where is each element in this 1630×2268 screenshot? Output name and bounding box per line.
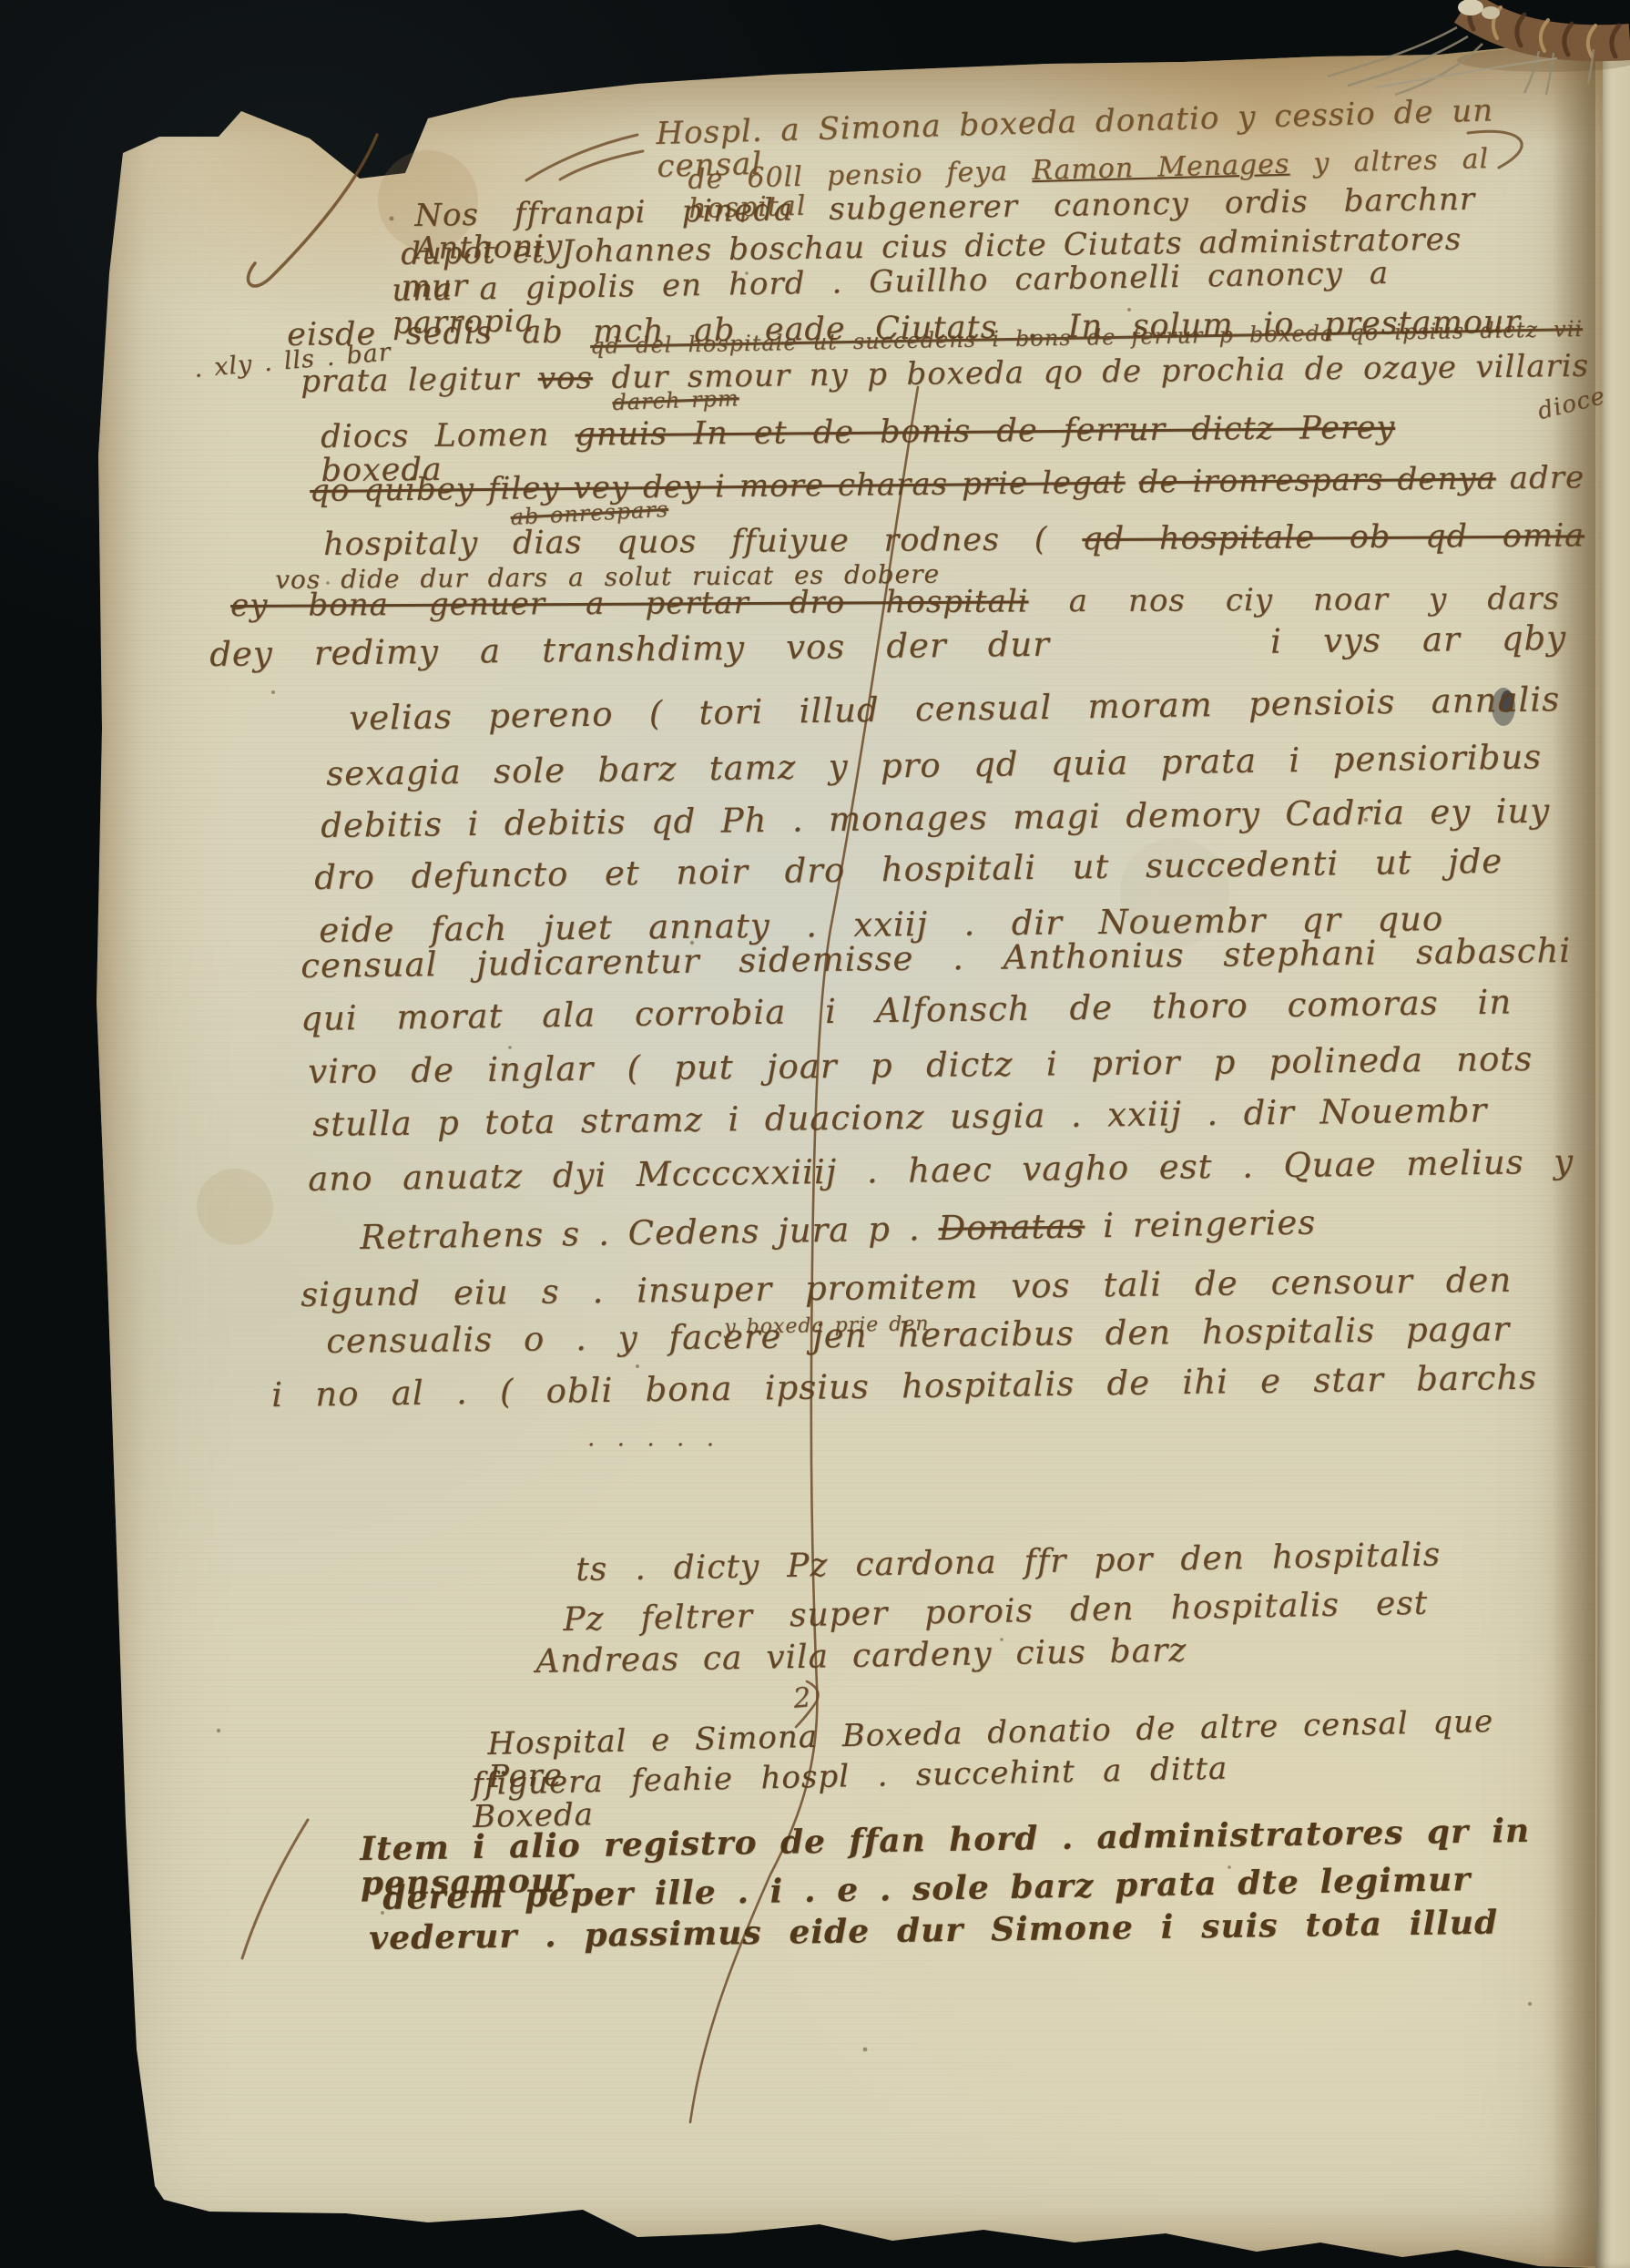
binding-rope-icon (1320, 0, 1630, 128)
manuscript-line: Pz feltrer super porois den hospitalis e… (563, 1587, 1429, 1638)
manuscript-line: debitis i debitis qd Ph . monages magi d… (321, 794, 1550, 844)
manuscript-line: dioce (1535, 384, 1608, 425)
rope-knot2 (1482, 6, 1500, 19)
manuscript-text: Hospl. a Simona boxeda donatio y cessio … (0, 0, 1630, 2268)
manuscript-line: dro defuncto et noir dro hospitali ut su… (314, 844, 1503, 896)
manuscript-line: darch rpm (612, 387, 739, 414)
manuscript-line: 2 (792, 1683, 813, 1713)
manuscript-line: Andreas ca vila cardeny cius barz (535, 1634, 1187, 1680)
manuscript-line: dey redimy a transhdimy vos der dur i vy… (209, 621, 1566, 673)
manuscript-line: sigund eiu s . insuper promitem vos tali… (301, 1263, 1512, 1313)
manuscript-line: velias pereno ( tori illud censual moram… (349, 682, 1560, 737)
manuscript-line: . . . . . (587, 1426, 715, 1451)
manuscript-line: ey bona genuer a pertar dro hospitali a … (230, 583, 1560, 622)
photo-background: Hospl. a Simona boxeda donatio y cessio … (0, 0, 1630, 2268)
manuscript-line: i no al . ( obli bona ipsius hospitalis … (271, 1361, 1537, 1414)
manuscript-line: Retrahens s . Cedens jura p . Donatas i … (360, 1206, 1316, 1256)
manuscript-line: ano anuatz dyi Mccccxxiiij . haec vagho … (308, 1145, 1574, 1198)
manuscript-line: viro de inglar ( put joar p dictz i prio… (308, 1042, 1533, 1090)
manuscript-line: stulla p tota stramz i duacionz usgia . … (312, 1093, 1487, 1143)
manuscript-line: sexagia sole barz tamz y pro qd quia pra… (326, 740, 1542, 792)
manuscript-line: ts . dicty Pz cardona ffr por den hospit… (576, 1538, 1442, 1587)
manuscript-line: y boxeda prie den (724, 1313, 930, 1338)
manuscript-line: prata legitur vos dur smour ny p boxeda … (301, 351, 1589, 399)
manuscript-line: qui morat ala corrobia i Alfonsch de tho… (301, 985, 1512, 1037)
